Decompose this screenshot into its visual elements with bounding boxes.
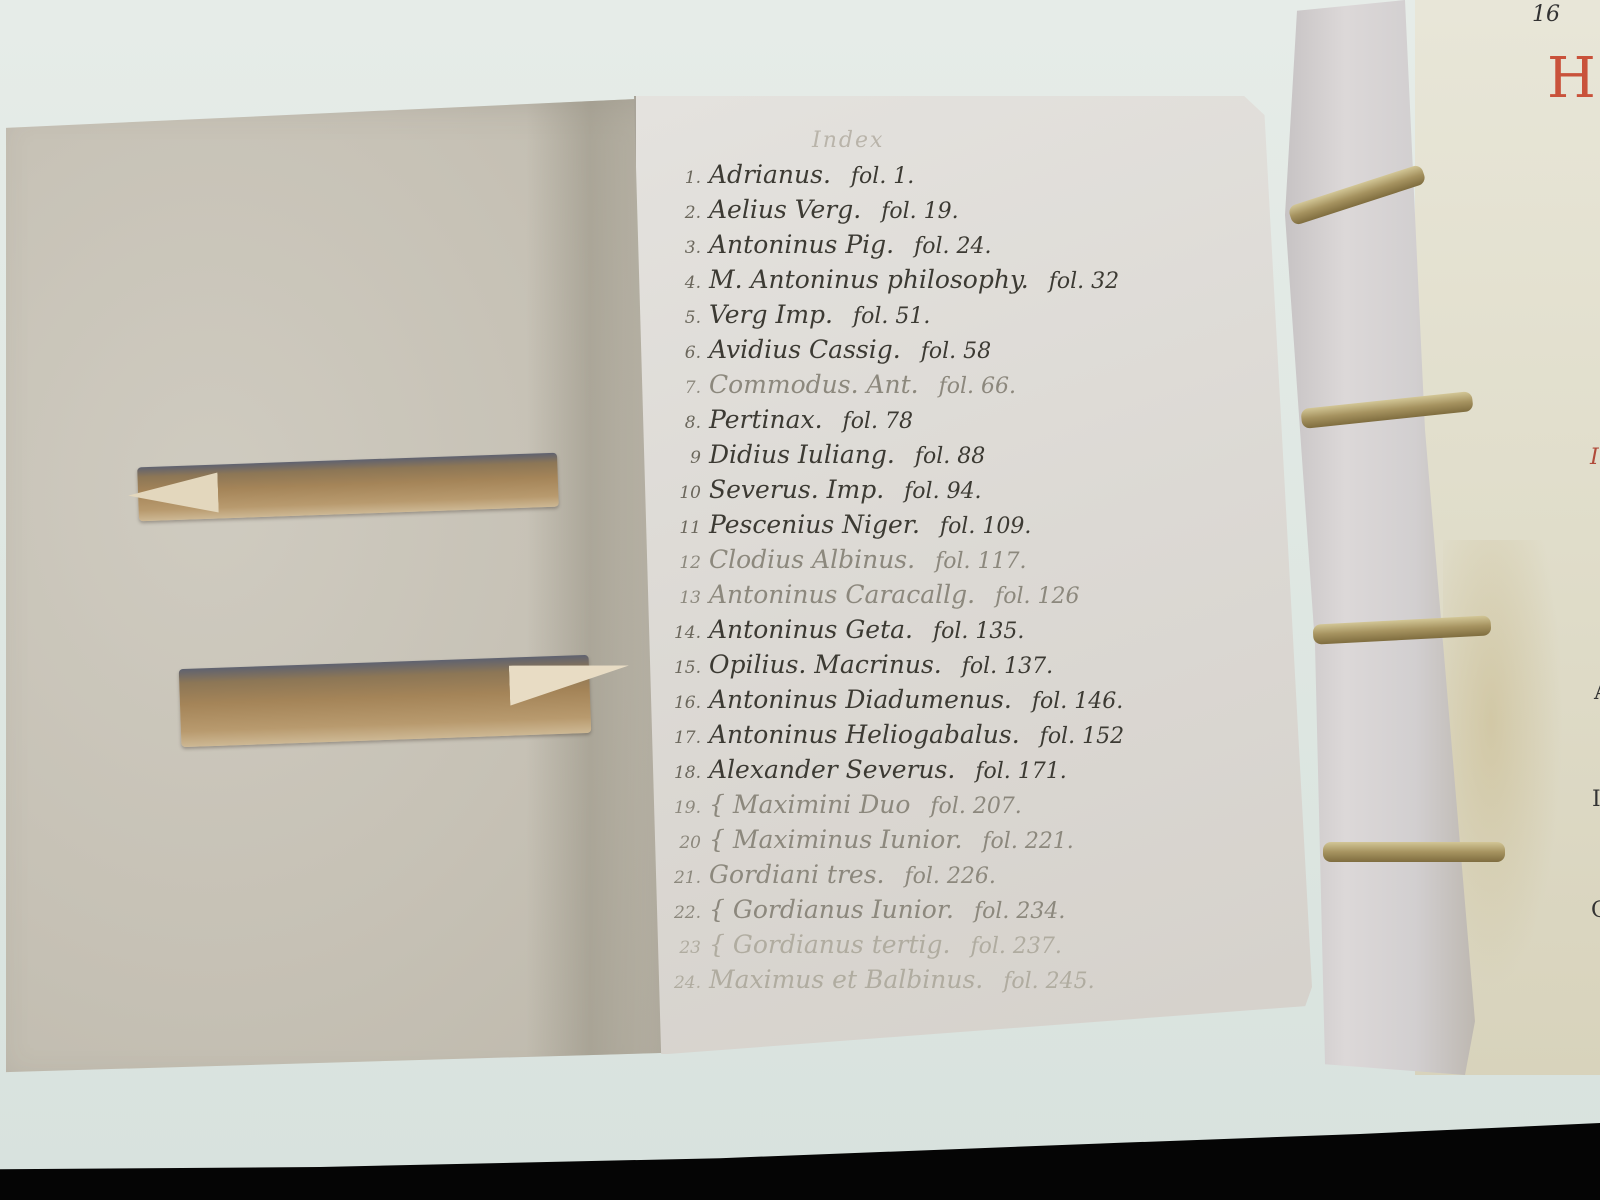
entry-number: 23	[665, 938, 709, 958]
entry-folio: fol. 88	[915, 444, 985, 469]
index-entry: 24.Maximus et Balbinus.fol. 245.	[665, 965, 1225, 1000]
entry-number: 17.	[665, 728, 709, 748]
entry-number: 22.	[665, 903, 709, 923]
entry-name: Pertinax.	[709, 405, 823, 434]
index-entry: 9Didius Iuliang.fol. 88	[665, 440, 1225, 475]
entry-name: { Maximini Duo	[709, 790, 910, 819]
index-entry: 6.Avidius Cassig.fol. 58	[665, 335, 1225, 370]
title-initial: H	[1547, 46, 1596, 111]
entry-name: Severus. Imp.	[709, 475, 884, 504]
entry-name: Verg Imp.	[709, 300, 833, 329]
margin-letter: I	[1592, 787, 1600, 812]
entry-folio: fol. 117.	[935, 549, 1026, 574]
entry-name: Pescenius Niger.	[709, 510, 920, 539]
entry-number: 8.	[665, 413, 709, 433]
sewing-band	[1323, 842, 1505, 862]
entry-name: Didius Iuliang.	[709, 440, 895, 469]
index-entry: 16.Antoninus Diadumenus.fol. 146.	[665, 685, 1225, 720]
entry-folio: fol. 1.	[851, 164, 914, 189]
entry-folio: fol. 207.	[930, 794, 1021, 819]
left-page	[6, 98, 686, 1092]
index-list: 1.Adrianus.fol. 1. 2.Aelius Verg.fol. 19…	[665, 160, 1225, 1000]
entry-name: Gordiani tres.	[709, 860, 885, 889]
entry-name: Antoninus Pig.	[709, 230, 894, 259]
entry-folio: fol. 58	[921, 339, 991, 364]
entry-number: 1.	[665, 168, 709, 188]
index-heading: Index	[812, 128, 884, 153]
entry-number: 11	[665, 518, 709, 538]
entry-name: Alexander Severus.	[709, 755, 955, 784]
index-entry: 8.Pertinax.fol. 78	[665, 405, 1225, 440]
margin-letter: A	[1594, 680, 1600, 705]
index-entry: 1.Adrianus.fol. 1.	[665, 160, 1225, 195]
entry-name: Commodus. Ant.	[709, 370, 919, 399]
index-entry: 23{ Gordianus tertig.fol. 237.	[665, 930, 1225, 965]
entry-name: { Gordianus Iunior.	[709, 895, 954, 924]
entry-number: 9	[665, 448, 709, 468]
entry-name: { Gordianus tertig.	[709, 930, 951, 959]
entry-number: 12	[665, 553, 709, 573]
entry-folio: fol. 19.	[881, 199, 958, 224]
entry-number: 4.	[665, 273, 709, 293]
strip-tip	[127, 473, 218, 516]
entry-name: Antoninus Heliogabalus.	[709, 720, 1020, 749]
index-entry: 22.{ Gordianus Iunior.fol. 234.	[665, 895, 1225, 930]
margin-letter: G	[1591, 898, 1600, 923]
index-entry: 4.M. Antoninus philosophy.fol. 32	[665, 265, 1225, 300]
entry-number: 24.	[665, 973, 709, 993]
margin-letter: I	[1590, 445, 1599, 470]
entry-number: 6.	[665, 343, 709, 363]
index-entry: 15.Opilius. Macrinus.fol. 137.	[665, 650, 1225, 685]
entry-folio: fol. 126	[995, 584, 1079, 609]
index-entry: 2.Aelius Verg.fol. 19.	[665, 195, 1225, 230]
entry-folio: fol. 94.	[904, 479, 981, 504]
index-entry: 21.Gordiani tres.fol. 226.	[665, 860, 1225, 895]
entry-number: 20	[665, 833, 709, 853]
index-entry: 18.Alexander Severus.fol. 171.	[665, 755, 1225, 790]
index-entry: 13Antoninus Caracallg.fol. 126	[665, 580, 1225, 615]
entry-name: { Maximinus Iunior.	[709, 825, 962, 854]
index-entry: 19.{ Maximini Duofol. 207.	[665, 790, 1225, 825]
entry-name: Antoninus Diadumenus.	[709, 685, 1012, 714]
entry-folio: fol. 137.	[962, 654, 1053, 679]
entry-number: 19.	[665, 798, 709, 818]
entry-number: 3.	[665, 238, 709, 258]
entry-folio: fol. 226.	[905, 864, 996, 889]
entry-folio: fol. 152	[1040, 724, 1124, 749]
entry-number: 16.	[665, 693, 709, 713]
entry-folio: fol. 245.	[1003, 969, 1094, 994]
entry-folio: fol. 78	[843, 409, 913, 434]
entry-number: 14.	[665, 623, 709, 643]
photo-scene: Index 1.Adrianus.fol. 1. 2.Aelius Verg.f…	[0, 0, 1600, 1200]
entry-name: M. Antoninus philosophy.	[709, 265, 1029, 294]
index-entry: 10Severus. Imp.fol. 94.	[665, 475, 1225, 510]
index-entry: 17.Antoninus Heliogabalus.fol. 152	[665, 720, 1225, 755]
vellum-book	[1285, 0, 1600, 1075]
entry-name: Maximus et Balbinus.	[709, 965, 983, 994]
index-entry: 14.Antoninus Geta.fol. 135.	[665, 615, 1225, 650]
entry-folio: fol. 109.	[940, 514, 1031, 539]
entry-name: Adrianus.	[709, 160, 831, 189]
entry-folio: fol. 221.	[982, 829, 1073, 854]
index-entry: 7.Commodus. Ant.fol. 66.	[665, 370, 1225, 405]
entry-number: 15.	[665, 658, 709, 678]
entry-number: 10	[665, 483, 709, 503]
entry-name: Antoninus Caracallg.	[709, 580, 975, 609]
entry-number: 2.	[665, 203, 709, 223]
entry-folio: fol. 237.	[971, 934, 1062, 959]
entry-folio: fol. 171.	[975, 759, 1066, 784]
entry-folio: fol. 146.	[1032, 689, 1123, 714]
entry-number: 5.	[665, 308, 709, 328]
entry-number: 7.	[665, 378, 709, 398]
parchment-strip-bottom	[179, 655, 591, 747]
entry-name: Opilius. Macrinus.	[709, 650, 942, 679]
entry-number: 21.	[665, 868, 709, 888]
index-entry: 3.Antoninus Pig.fol. 24.	[665, 230, 1225, 265]
index-entry: 11Pescenius Niger.fol. 109.	[665, 510, 1225, 545]
entry-number: 18.	[665, 763, 709, 783]
entry-folio: fol. 66.	[939, 374, 1016, 399]
entry-name: Antoninus Geta.	[709, 615, 913, 644]
index-entry: 20{ Maximinus Iunior.fol. 221.	[665, 825, 1225, 860]
entry-number: 13	[665, 588, 709, 608]
entry-folio: fol. 24.	[914, 234, 991, 259]
index-entry: 5.Verg Imp.fol. 51.	[665, 300, 1225, 335]
entry-name: Clodius Albinus.	[709, 545, 915, 574]
index-entry: 12Clodius Albinus.fol. 117.	[665, 545, 1225, 580]
entry-name: Aelius Verg.	[709, 195, 861, 224]
entry-name: Avidius Cassig.	[709, 335, 901, 364]
entry-folio: fol. 234.	[974, 899, 1065, 924]
entry-folio: fol. 135.	[933, 619, 1024, 644]
entry-folio: fol. 32	[1049, 269, 1119, 294]
page-number: 16	[1532, 2, 1560, 27]
entry-folio: fol. 51.	[853, 304, 930, 329]
